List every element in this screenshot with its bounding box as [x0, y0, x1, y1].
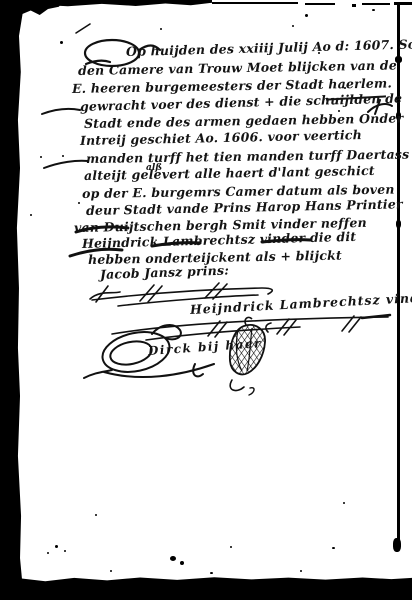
signature-heijndrick: Heijndrick Lambrechtsz vinder — [190, 289, 412, 317]
edge-line-blob — [396, 220, 401, 228]
ink-speckle — [160, 28, 162, 30]
edge-line-blob — [393, 538, 401, 552]
ink-speckle — [78, 202, 80, 204]
stray-pen-mark — [76, 24, 90, 33]
ink-speckle — [230, 546, 232, 548]
scan-border-bottom — [0, 576, 412, 600]
scan-border-top-dash — [394, 2, 412, 5]
ink-speckle — [170, 556, 176, 561]
interlinear-insertion: alß — [146, 163, 162, 173]
ink-speckle — [210, 572, 213, 574]
scan-border-left — [0, 0, 26, 600]
ink-speckle — [300, 570, 302, 572]
manuscript-line: alteijt gelevert alle haert d'lant gesch… — [84, 163, 375, 183]
signature-second: Dirck bij haer — [148, 336, 263, 358]
ink-speckle — [62, 155, 64, 157]
ink-speckle — [95, 514, 97, 516]
ink-speckle — [332, 547, 335, 549]
ink-speckle — [30, 214, 32, 216]
manuscript-line: Jacob Jansz prins: — [100, 263, 230, 282]
scan-edge-line-right — [397, 5, 400, 547]
ink-speckle — [305, 14, 308, 17]
manuscript-scan-page: Op huijden des xxiiij Julij Ao d: 1607. … — [0, 0, 412, 600]
ink-speckle — [110, 570, 112, 572]
ink-speckle — [40, 156, 42, 158]
ink-speckle — [343, 502, 345, 504]
ink-speckle — [60, 41, 63, 44]
signature-loops — [84, 325, 254, 395]
ink-speckle — [64, 550, 66, 552]
scan-border-top-dash — [212, 2, 298, 4]
ink-speckle — [47, 552, 49, 554]
scan-border-top-dash — [362, 3, 390, 5]
ink-speckle — [180, 561, 184, 565]
ink-speckle — [372, 9, 375, 11]
manuscript-line: Op huijden des xxiiij Julij Ao d: 1607. … — [126, 36, 412, 59]
manuscript-line: den Camere van Trouw Moet blijcken van d… — [78, 57, 397, 78]
ink-speckle — [55, 545, 58, 548]
scan-border-top-dash — [352, 4, 356, 7]
scan-border-top-dash — [305, 3, 335, 5]
ink-speckle — [292, 25, 294, 27]
